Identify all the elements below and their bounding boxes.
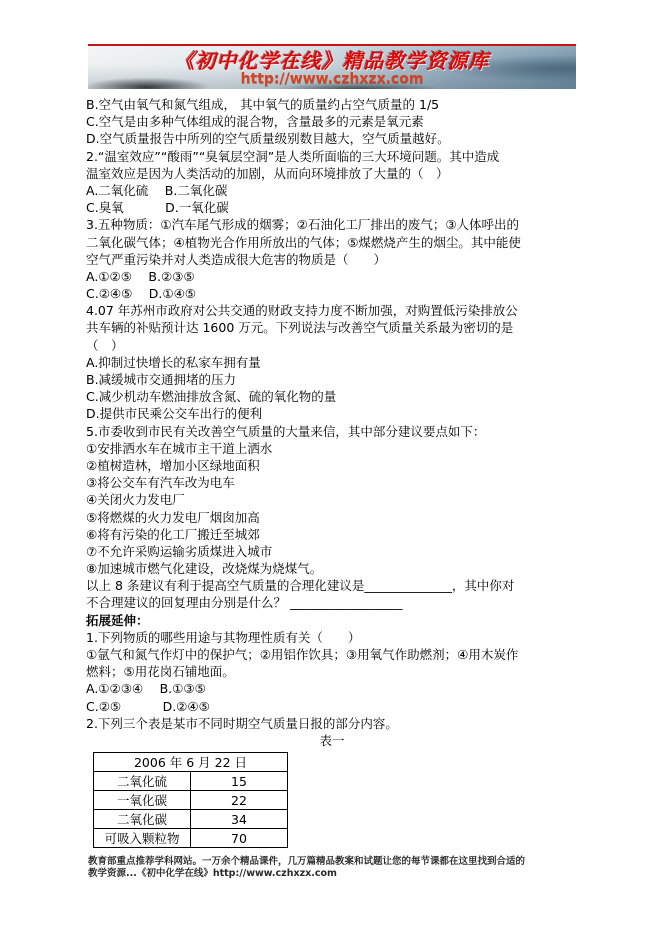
table-row: 二氧化碳34	[94, 810, 288, 829]
text-line: 燃料；⑤用花岗石铺地面。	[86, 663, 578, 680]
text-line: 拓展延伸：	[86, 612, 578, 629]
air-quality-table: 2006 年 6 月 22 日 二氧化硫15一氧化碳22二氧化碳34可吸入颗粒物…	[93, 752, 288, 848]
text-line: 表一	[86, 732, 578, 749]
text-line: 不合理建议的回复理由分别是什么？ __________________	[86, 594, 578, 611]
pollutant-name-cell: 可吸入颗粒物	[94, 829, 191, 848]
text-line: 1.下列物质的哪些用途与其物理性质有关（ ）	[86, 629, 578, 646]
pollutant-name-cell: 一氧化碳	[94, 791, 191, 810]
site-banner: 《初中化学在线》精品教学资源库 http://www.czhxzx.com	[88, 44, 576, 89]
text-line: 共车辆的补贴预计达 1600 万元。下列说法与改善空气质量关系最为密切的是	[86, 319, 578, 336]
text-line: 3.五种物质：①汽车尾气形成的烟雾；②石油化工厂排出的废气；③人体呼出的	[86, 216, 578, 233]
text-line: ③将公交车有汽车改为电车	[86, 474, 578, 491]
text-line: 温室效应是因为人类活动的加剧，从而向环境排放了大量的（ ）	[86, 165, 578, 182]
pollutant-name-cell: 二氧化硫	[94, 772, 191, 791]
text-line: （ ）	[86, 337, 578, 354]
site-banner-url: http://www.czhxzx.com	[88, 71, 576, 87]
text-line: ⑦不允许采购运输劣质煤进入城市	[86, 543, 578, 560]
text-line: 空气严重污染并对人类造成很大危害的物质是（ ）	[86, 251, 578, 268]
text-line: 以上 8 条建议有利于提高空气质量的合理化建议是______________，其…	[86, 577, 578, 594]
air-quality-table-body: 二氧化硫15一氧化碳22二氧化碳34可吸入颗粒物70	[94, 772, 288, 848]
footer-line-1: 教育部重点推荐学科网站。一万余个精品课件，几万篇精品教案和试题让您的每节课都在这…	[88, 856, 576, 868]
text-line: A.①②⑤ B.②③⑤	[86, 268, 578, 285]
text-line: 4.07 年苏州市政府对公共交通的财政支持力度不断加强，对购置低污染排放公	[86, 302, 578, 319]
text-line: ⑥将有污染的化工厂搬迁至城郊	[86, 526, 578, 543]
table-row: 可吸入颗粒物70	[94, 829, 288, 848]
text-line: ①氩气和氮气作灯中的保护气；②用铝作饮具；③用氧气作助燃剂；④用木炭作	[86, 646, 578, 663]
text-line: A.二氧化硫 B.二氧化碳	[86, 182, 578, 199]
pollutant-value-cell: 70	[191, 829, 288, 848]
pollutant-value-cell: 22	[191, 791, 288, 810]
worksheet-text: B.空气由氧气和氮气组成， 其中氧气的质量约占空气质量的 1/5C.空气是由多种…	[86, 96, 578, 749]
text-line: C.②⑤ D.②④⑤	[86, 698, 578, 715]
pollutant-value-cell: 15	[191, 772, 288, 791]
page-footer: 教育部重点推荐学科网站。一万余个精品课件，几万篇精品教案和试题让您的每节课都在这…	[88, 856, 576, 879]
text-line: 2.“温室效应”“酸雨”“臭氧层空洞”是人类所面临的三大环境问题。其中造成	[86, 148, 578, 165]
text-line: A.①②③④ B.①③⑤	[86, 680, 578, 697]
text-line: B.空气由氧气和氮气组成， 其中氧气的质量约占空气质量的 1/5	[86, 96, 578, 113]
text-line: 二氧化碳气体；④植物光合作用所放出的气体；⑤煤燃烧产生的烟尘。其中能使	[86, 234, 578, 251]
text-line: A.抑制过快增长的私家车拥有量	[86, 354, 578, 371]
table-row: 一氧化碳22	[94, 791, 288, 810]
table-row: 二氧化硫15	[94, 772, 288, 791]
text-line: ④关闭火力发电厂	[86, 491, 578, 508]
text-line: ②植树造林，增加小区绿地面积	[86, 457, 578, 474]
text-line: C.空气是由多种气体组成的混合物，含量最多的元素是氧元素	[86, 113, 578, 130]
text-line: C.②④⑤ D.①④⑤	[86, 285, 578, 302]
text-line: B.减缓城市交通拥堵的压力	[86, 371, 578, 388]
banner-top-red-line	[88, 44, 576, 46]
text-line: C.臭氧 D.一氧化碳	[86, 199, 578, 216]
site-banner-title: 《初中化学在线》精品教学资源库	[88, 50, 576, 72]
table-date-header: 2006 年 6 月 22 日	[94, 753, 288, 772]
text-line: ①安排洒水车在城市主干道上洒水	[86, 440, 578, 457]
footer-line-2: 教学资源...《初中化学在线》http://www.czhxzx.com	[88, 868, 576, 880]
text-line: 2.下列三个表是某市不同时期空气质量日报的部分内容。	[86, 715, 578, 732]
text-line: ⑧加速城市燃气化建设，改烧煤为烧煤气。	[86, 560, 578, 577]
text-line: 5.市委收到市民有关改善空气质量的大量来信，其中部分建议要点如下：	[86, 423, 578, 440]
text-line: D.提供市民乘公交车出行的便利	[86, 405, 578, 422]
table-date-row: 2006 年 6 月 22 日	[94, 753, 288, 772]
text-line: C.减少机动车燃油排放含氮、硫的氧化物的量	[86, 388, 578, 405]
pollutant-name-cell: 二氧化碳	[94, 810, 191, 829]
pollutant-value-cell: 34	[191, 810, 288, 829]
text-line: ⑤将燃煤的火力发电厂烟囱加高	[86, 509, 578, 526]
text-line: D.空气质量报告中所列的空气质量级别数目越大，空气质量越好。	[86, 130, 578, 147]
